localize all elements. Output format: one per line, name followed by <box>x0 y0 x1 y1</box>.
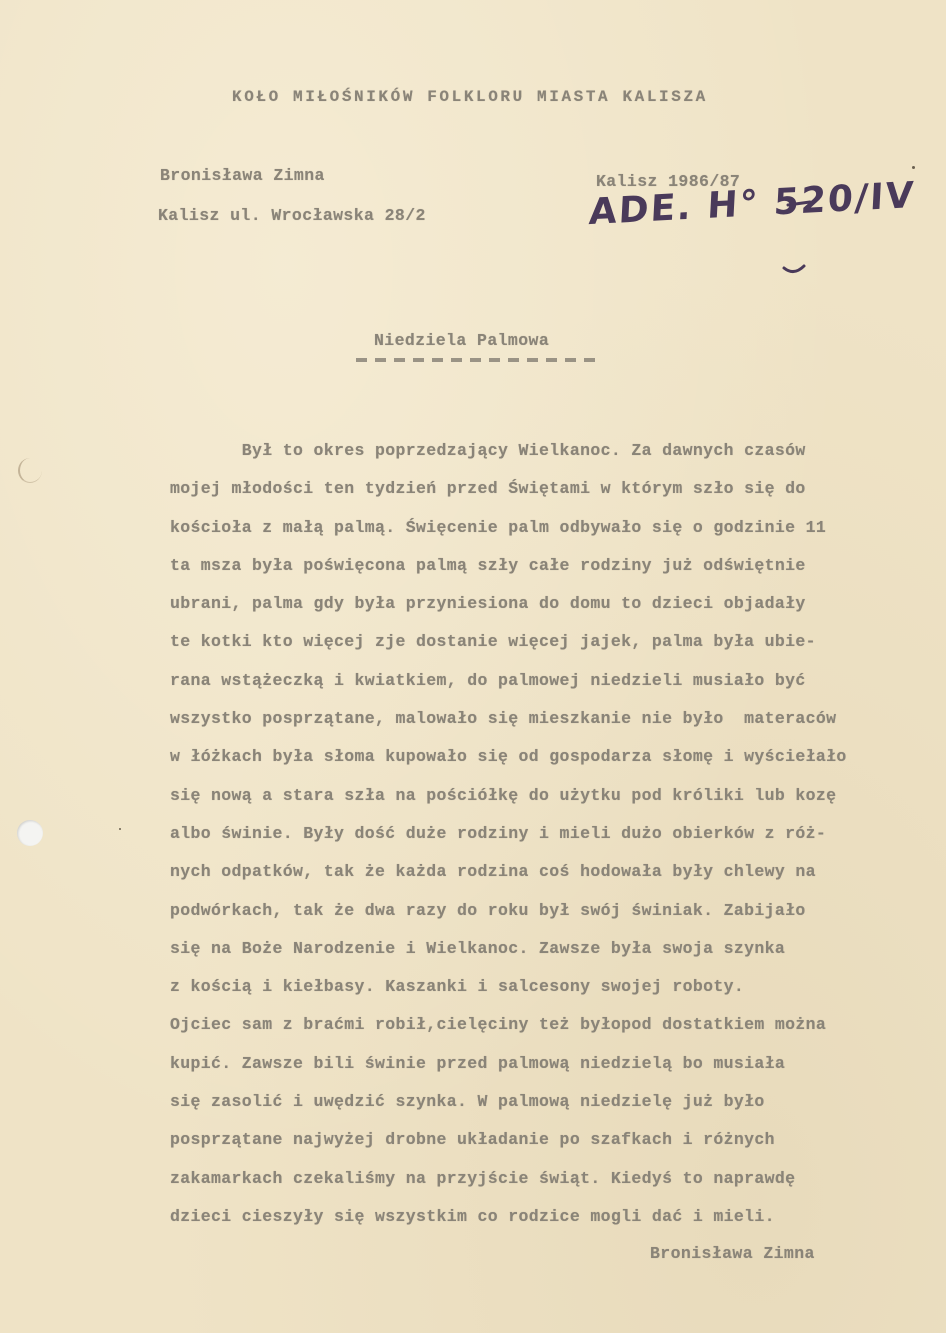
body-line: Był to okres poprzedzający Wielkanoc. Za… <box>170 437 930 475</box>
body-line: mojej młodości ten tydzień przed Świętam… <box>170 475 930 513</box>
body-line: dzieci cieszyły się wszystkim co rodzice… <box>170 1203 930 1241</box>
body-line: ta msza była poświęcona palmą szły całe … <box>170 552 930 590</box>
document-body: Był to okres poprzedzający Wielkanoc. Za… <box>170 437 930 1241</box>
body-line: z kością i kiełbasy. Kaszanki i salceson… <box>170 973 930 1011</box>
body-line: Ojciec sam z braćmi robił,cielęciny też … <box>170 1011 930 1049</box>
body-line: się na Boże Narodzenie i Wielkanoc. Zaws… <box>170 935 930 973</box>
body-line: się zasolić i uwędzić szynka. W palmową … <box>170 1088 930 1126</box>
body-line: nych odpatków, tak że każda rodzina coś … <box>170 858 930 896</box>
punch-hole <box>17 820 43 846</box>
body-line: kupić. Zawsze bili świnie przed palmową … <box>170 1050 930 1088</box>
author-address: Kalisz ul. Wrocławska 28/2 <box>158 206 426 225</box>
body-line: te kotki kto więcej zje dostanie więcej … <box>170 628 930 666</box>
body-line: kościoła z małą palmą. Święcenie palm od… <box>170 514 930 552</box>
closing-signature: Bronisława Zimna <box>650 1244 815 1263</box>
handwritten-underline-marks <box>770 200 840 280</box>
body-line: posprzątane najwyżej drobne układanie po… <box>170 1126 930 1164</box>
body-line: rana wstążeczką i kwiatkiem, do palmowej… <box>170 667 930 705</box>
paper-speck <box>119 828 121 830</box>
body-line: podwórkach, tak że dwa razy do roku był … <box>170 897 930 935</box>
body-line: albo świnie. Były dość duże rodziny i mi… <box>170 820 930 858</box>
title-dashed-underline <box>356 358 596 362</box>
body-line: się nową a stara szła na pościółkę do uż… <box>170 782 930 820</box>
body-line: w łóżkach była słoma kupowało się od gos… <box>170 743 930 781</box>
body-line: ubrani, palma gdy była przyniesiona do d… <box>170 590 930 628</box>
body-line: wszystko posprzątane, malowało się miesz… <box>170 705 930 743</box>
punch-hole-mark <box>18 458 42 483</box>
body-line: zakamarkach czekaliśmy na przyjście świą… <box>170 1165 930 1203</box>
document-title: Niedziela Palmowa <box>374 331 549 350</box>
paper-speck <box>912 166 915 169</box>
organization-header: KOŁO MIŁOŚNIKÓW FOLKLORU MIASTA KALISZA <box>232 88 708 106</box>
document-page: KOŁO MIŁOŚNIKÓW FOLKLORU MIASTA KALISZA … <box>0 0 946 1333</box>
author-name: Bronisława Zimna <box>160 166 325 185</box>
